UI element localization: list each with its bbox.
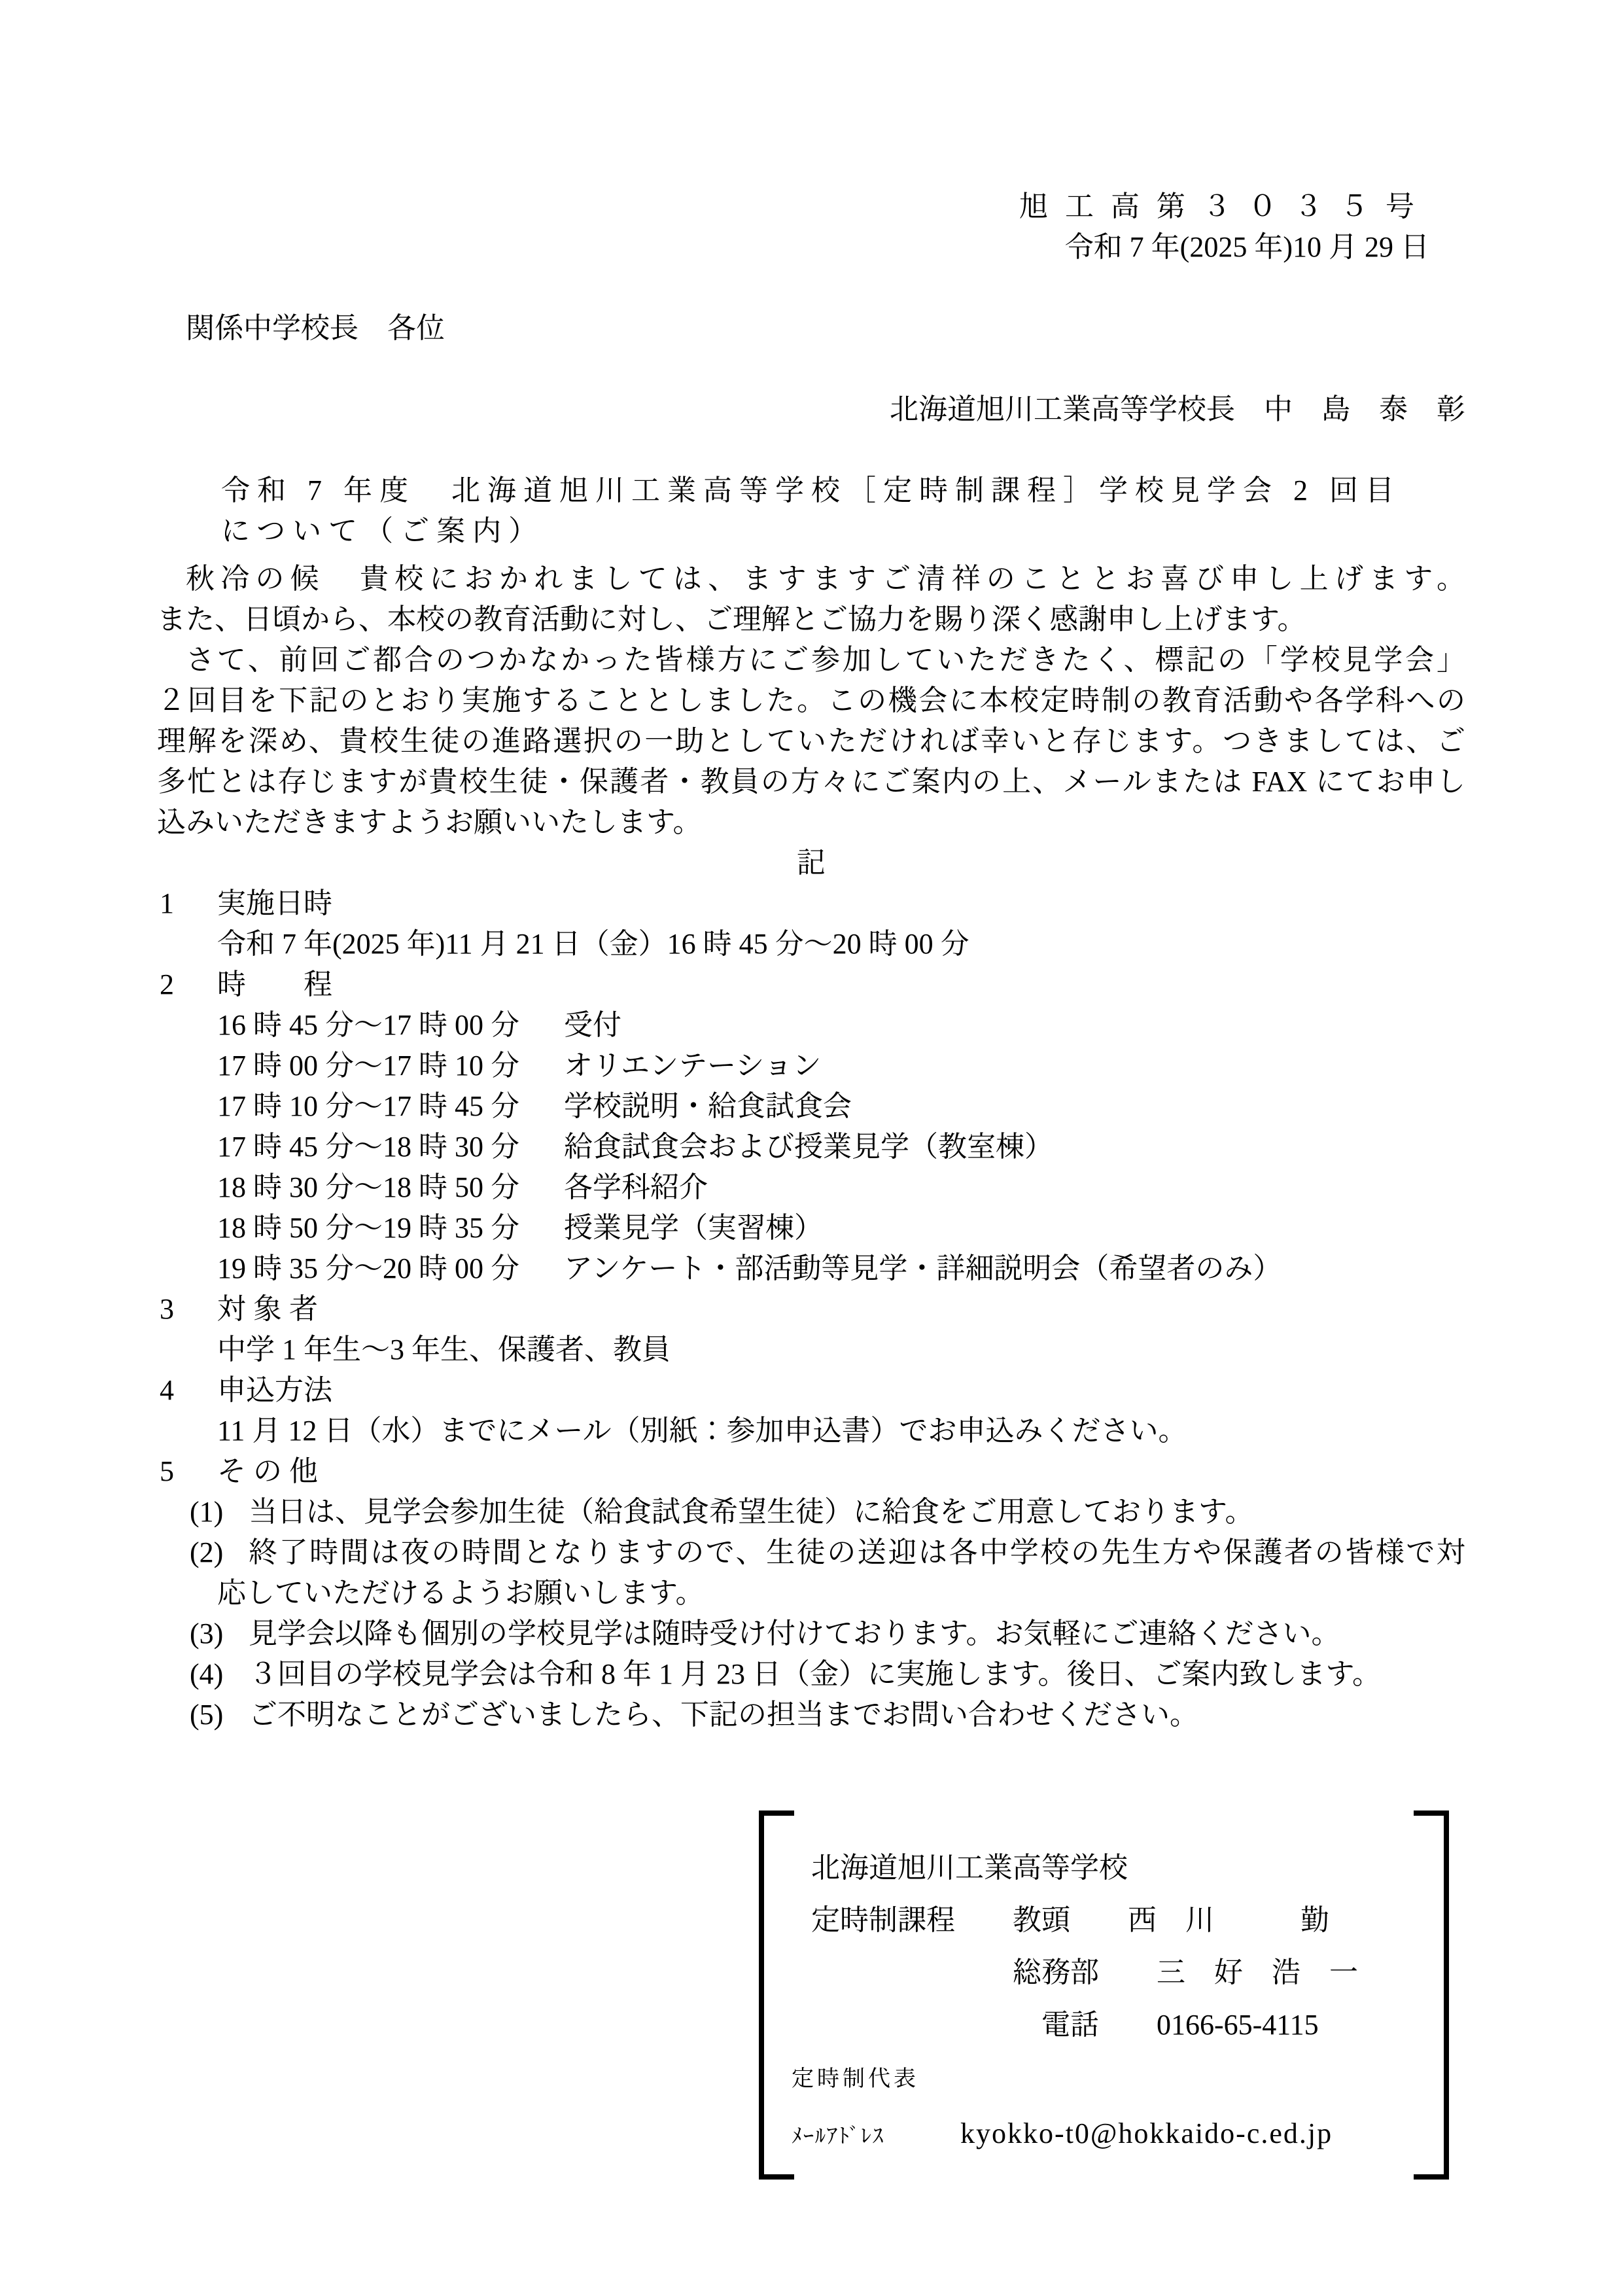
email-address: kyokko-t0@hokkaido-c.ed.jp [960, 2117, 1333, 2149]
section-1-number: 1 [157, 883, 217, 924]
body-paragraph-2-line-4: 多忙とは存じますが貴校生徒・保護者・教員の方々にご案内の上、メールまたは FAX… [157, 762, 1465, 802]
schedule-time: 18 時 50 分～19 時 35 分 [217, 1208, 564, 1248]
record-marker: 記 [157, 843, 1465, 883]
contact-general-affairs: 総務部 三 好 浩 一 [811, 1947, 1410, 1999]
schedule-row: 17 時 10 分～17 時 45 分 学校説明・給食試食会 [217, 1086, 1465, 1127]
schedule-row: 18 時 30 分～18 時 50 分 各学科紹介 [217, 1167, 1465, 1208]
note-item-3-label: (3) [190, 1614, 249, 1654]
left-bracket [759, 1810, 794, 2180]
note-item-2-label: (2) [190, 1532, 249, 1573]
section-2-number: 2 [157, 964, 217, 1005]
section-2-heading: 2 時 程 [157, 964, 1465, 1005]
body-paragraph-2-line-5: 込みいただきますようお願いいたします。 [157, 802, 1465, 843]
title-line-1: 令和 7 年度 北海道旭川工業高等学校［定時制課程］学校見学会 2 回目 [221, 470, 1401, 511]
section-1-content: 令和 7 年(2025 年)11 月 21 日（金）16 時 45 分～20 時… [217, 924, 1465, 964]
note-item-3: (3) 見学会以降も個別の学校見学は随時受け付けております。お気軽にご連絡くださ… [190, 1614, 1465, 1654]
schedule-time: 16 時 45 分～17 時 00 分 [217, 1005, 564, 1046]
body-paragraph-1-line-1: 秋冷の候 貴校におかれましては、ますますご清祥のこととお喜び申し上げます。 [157, 559, 1465, 599]
body-paragraph-2-line-2: ２回目を下記のとおり実施することとしました。この機会に本校定時制の教育活動や各学… [157, 680, 1465, 721]
section-5-label: そ の 他 [217, 1451, 318, 1492]
contact-box: 北海道旭川工業高等学校 定時制課程 教頭 西 川 勤 総務部 三 好 浩 一 電… [759, 1810, 1449, 2180]
document-number: 旭工高第３０３５号 [157, 186, 1465, 227]
schedule-activity: オリエンテーション [564, 1046, 821, 1086]
section-1-heading: 1 実施日時 [157, 883, 1465, 924]
spacer [157, 349, 1465, 389]
schedule-activity: 各学科紹介 [564, 1167, 708, 1208]
section-3-number: 3 [157, 1289, 217, 1330]
section-4-content: 11 月 12 日（水）までにメール（別紙：参加申込書）でお申込みください。 [217, 1411, 1465, 1451]
note-item-4-label: (4) [190, 1654, 249, 1695]
note-item-3-text: 見学会以降も個別の学校見学は随時受け付けております。お気軽にご連絡ください。 [249, 1614, 1465, 1654]
note-item-2-continuation: 応していただけるようお願いします。 [217, 1573, 1465, 1614]
spacer [157, 268, 1465, 308]
schedule-activity: 受付 [564, 1005, 621, 1046]
schedule-time: 17 時 45 分～18 時 30 分 [217, 1127, 564, 1167]
section-4-number: 4 [157, 1370, 217, 1411]
schedule-row: 17 時 45 分～18 時 30 分 給食試食会および授業見学（教室棟） [217, 1127, 1465, 1167]
schedule-time: 17 時 10 分～17 時 45 分 [217, 1086, 564, 1127]
schedule-time: 19 時 35 分～20 時 00 分 [217, 1248, 564, 1289]
note-item-1-label: (1) [190, 1492, 249, 1532]
note-item-1: (1) 当日は、見学会参加生徒（給食試食希望生徒）に給食をご用意しております。 [190, 1492, 1465, 1532]
note-item-5-text: ご不明なことがございましたら、下記の担当までお問い合わせください。 [249, 1695, 1465, 1735]
section-5-heading: 5 そ の 他 [157, 1451, 1465, 1492]
contact-phone: 電話 0166-65-4115 [811, 1999, 1410, 2051]
schedule-row: 18 時 50 分～19 時 35 分 授業見学（実習棟） [217, 1208, 1465, 1248]
schedule-time: 17 時 00 分～17 時 10 分 [217, 1046, 564, 1086]
note-item-5-label: (5) [190, 1695, 249, 1735]
section-5-number: 5 [157, 1451, 217, 1492]
title-block: 令和 7 年度 北海道旭川工業高等学校［定時制課程］学校見学会 2 回目 につい… [157, 470, 1465, 559]
section-1-label: 実施日時 [217, 883, 332, 924]
section-3-content: 中学 1 年生～3 年生、保護者、教員 [217, 1330, 1465, 1370]
contact-email-row: ﾒｰﾙｱﾄﾞﾚｽ kyokko-t0@hokkaido-c.ed.jp [792, 2108, 1410, 2160]
right-bracket [1414, 1810, 1449, 2180]
note-item-2-text: 終了時間は夜の時間となりますので、生徒の送迎は各中学校の先生方や保護者の皆様で対 [249, 1532, 1465, 1573]
note-item-1-text: 当日は、見学会参加生徒（給食試食希望生徒）に給食をご用意しております。 [249, 1492, 1465, 1532]
schedule-activity: 給食試食会および授業見学（教室棟） [564, 1127, 1053, 1167]
letter-page: 旭工高第３０３５号 令和 7 年(2025 年)10 月 29 日 関係中学校長… [0, 0, 1623, 2296]
contact-representative-label: 定時制代表 [792, 2051, 1410, 2108]
spacer [157, 430, 1465, 470]
note-item-5: (5) ご不明なことがございましたら、下記の担当までお問い合わせください。 [190, 1695, 1465, 1735]
section-3-heading: 3 対 象 者 [157, 1289, 1465, 1330]
section-3-label: 対 象 者 [217, 1289, 318, 1330]
schedule-time: 18 時 30 分～18 時 50 分 [217, 1167, 564, 1208]
email-label: ﾒｰﾙｱﾄﾞﾚｽ [792, 2124, 884, 2147]
note-item-4: (4) ３回目の学校見学会は令和 8 年 1 月 23 日（金）に実施します。後… [190, 1654, 1465, 1695]
schedule-activity: 学校説明・給食試食会 [564, 1086, 852, 1127]
addressee: 関係中学校長 各位 [157, 308, 1465, 349]
section-2-label: 時 程 [217, 964, 332, 1005]
schedule-activity: 授業見学（実習棟） [564, 1208, 823, 1248]
contact-school-name: 北海道旭川工業高等学校 [811, 1842, 1410, 1894]
schedule-row: 17 時 00 分～17 時 10 分 オリエンテーション [217, 1046, 1465, 1086]
note-item-4-text: ３回目の学校見学会は令和 8 年 1 月 23 日（金）に実施します。後日、ご案… [249, 1654, 1465, 1695]
contact-vice-principal: 定時制課程 教頭 西 川 勤 [811, 1894, 1410, 1947]
schedule-row: 19 時 35 分～20 時 00 分 アンケート・部活動等見学・詳細説明会（希… [217, 1248, 1465, 1289]
section-4-label: 申込方法 [217, 1370, 332, 1411]
title-line-2: について（ご案内） [221, 511, 1401, 552]
note-item-2: (2) 終了時間は夜の時間となりますので、生徒の送迎は各中学校の先生方や保護者の… [190, 1532, 1465, 1573]
schedule-row: 16 時 45 分～17 時 00 分 受付 [217, 1005, 1465, 1046]
body-paragraph-2-line-1: さて、前回ご都合のつかなかった皆様方にご参加していただきたく、標記の「学校見学会… [157, 640, 1465, 680]
body-paragraph-2-line-3: 理解を深め、貴校生徒の進路選択の一助としていただければ幸いと存じます。つきまして… [157, 721, 1465, 762]
document-date: 令和 7 年(2025 年)10 月 29 日 [157, 227, 1465, 268]
sender-signature: 北海道旭川工業高等学校長 中 島 泰 彰 [157, 389, 1465, 430]
schedule-activity: アンケート・部活動等見学・詳細説明会（希望者のみ） [564, 1248, 1282, 1289]
section-4-heading: 4 申込方法 [157, 1370, 1465, 1411]
body-paragraph-1-line-2: また、日頃から、本校の教育活動に対し、ご理解とご協力を賜り深く感謝申し上げます。 [157, 599, 1465, 640]
